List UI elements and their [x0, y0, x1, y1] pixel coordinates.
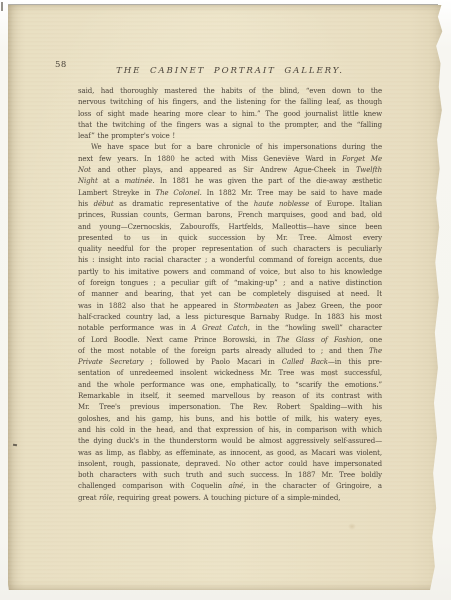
text-line: half-cracked country lad, a less picture… [78, 312, 382, 323]
text-line: of the most notable of the foreign parts… [78, 346, 382, 357]
text-line: leaf” the prompter's voice ! [78, 131, 382, 142]
edge-mark [13, 444, 17, 447]
text-column-block: said, had thoroughly mastered the habits… [78, 86, 382, 504]
text-line: nervous twitching of his fingers, and th… [78, 97, 382, 108]
text-line: of foreign tongues ; a peculiar gift of … [78, 278, 382, 289]
text-line: Lambert Streyke in The Colonel. In 1882 … [78, 188, 382, 199]
running-header: THE CABINET PORTRAIT GALLERY. [116, 66, 344, 76]
text-line: quality needful for the proper represent… [78, 244, 382, 255]
text-line: that the twitching of the fingers was a … [78, 120, 382, 131]
text-line: partly to his imitative powers and comma… [78, 267, 382, 278]
text-line: sentation of unredeemed insolent wickedn… [78, 368, 382, 379]
text-line: We have space but for a bare chronicle o… [78, 142, 382, 153]
text-line: insolent, rough, passionate, depraved. N… [78, 459, 382, 470]
text-line: loss of sight made hearing more clear to… [78, 109, 382, 120]
text-line: next few years. In 1880 he acted with Mi… [78, 154, 382, 165]
text-line: goloshes, and his gamp, his buns, and hi… [78, 414, 382, 425]
text-line: Private Secretary ; followed by Paolo Ma… [78, 357, 382, 368]
text-line: princes, Russian counts, German barons, … [78, 210, 382, 221]
text-line: his : insight into racial character ; a … [78, 255, 382, 266]
text-line: the dying duck's in the thunderstorm wou… [78, 436, 382, 447]
text-line: and young—Czernocskis, Zabouroffs, Hartf… [78, 222, 382, 233]
text-line: Mr. Tree's previous impersonation. The R… [78, 402, 382, 413]
scan-edge-line [8, 4, 438, 5]
page-content: 58 THE CABINET PORTRAIT GALLERY. said, h… [78, 58, 382, 504]
book-page: 58 THE CABINET PORTRAIT GALLERY. said, h… [8, 5, 444, 590]
text-line: challenged comparison with Coquelin aîné… [78, 481, 382, 492]
text-line: of manner and bearing, that yet can be c… [78, 289, 382, 300]
text-line: said, had thoroughly mastered the habits… [78, 86, 382, 97]
text-line: his début as dramatic representative of … [78, 199, 382, 210]
text-line: great rôle, requiring great powers. A to… [78, 493, 382, 504]
text-line: and the whole performance was one, empha… [78, 380, 382, 391]
text-line: and his cold in the head, and that expre… [78, 425, 382, 436]
edge-mark [1, 2, 3, 11]
text-line: notable performance was in A Great Catch… [78, 323, 382, 334]
running-head-row: 58 THE CABINET PORTRAIT GALLERY. [78, 58, 382, 71]
text-line: was as limp, as flabby, as effeminate, a… [78, 448, 382, 459]
text-line: presented to us in quick succession by M… [78, 233, 382, 244]
page-number: 58 [55, 60, 67, 70]
text-line: of Lord Boodle. Next came Prince Borowsk… [78, 335, 382, 346]
text-line: both characters with such truth and such… [78, 470, 382, 481]
foxing-spot [348, 523, 356, 530]
text-line: was in 1882 also that he appeared in Sto… [78, 301, 382, 312]
text-line: Remarkable in itself, it seemed marvello… [78, 391, 382, 402]
text-line: Night at a matinée. In 1881 he was given… [78, 176, 382, 187]
text-line: Not and other plays, and appeared as Sir… [78, 165, 382, 176]
